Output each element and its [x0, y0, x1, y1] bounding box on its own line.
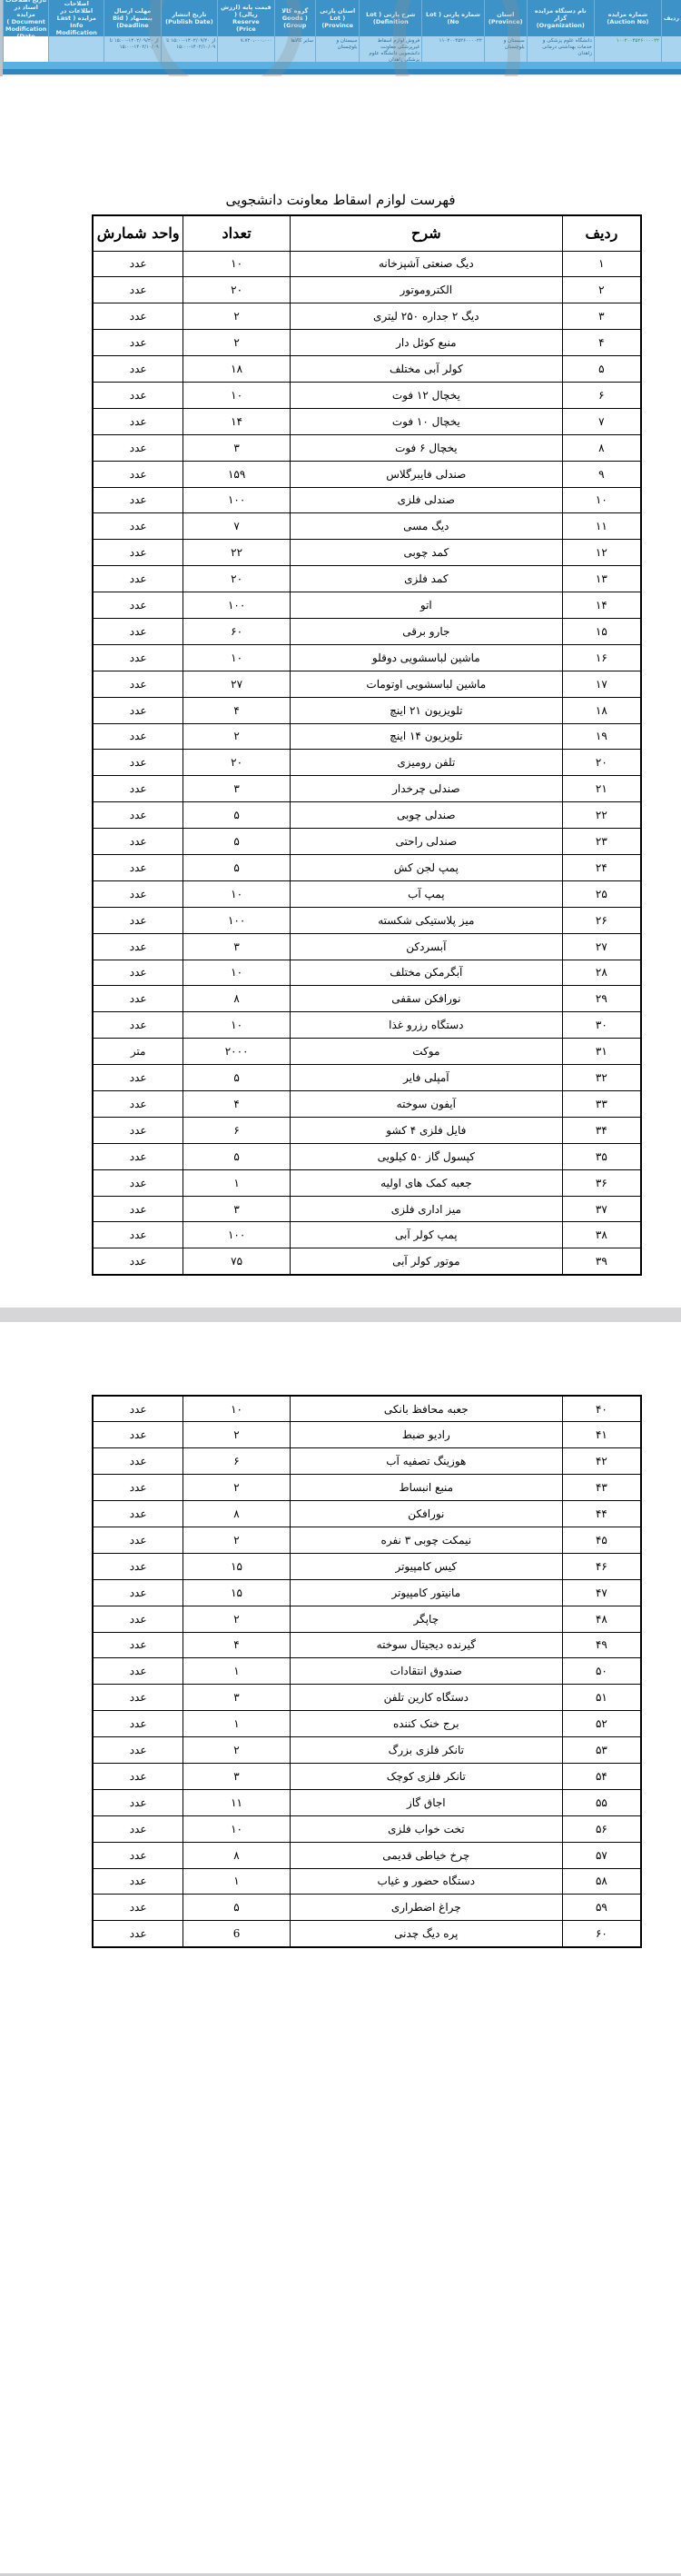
table-row: ۴۴نورافکن۸عدد — [93, 1501, 641, 1527]
cell-description: جعبه محافظ بانکی — [290, 1396, 562, 1422]
cell-description: رادیو ضبط — [290, 1422, 562, 1448]
table-row: ۳۴فایل فلزی ۴ کشو۶عدد — [93, 1117, 641, 1143]
cell-description: آبسردکن — [290, 933, 562, 960]
cell-unit: عدد — [93, 1196, 183, 1222]
cell-unit: عدد — [93, 723, 183, 750]
cell-quantity: ۷۵ — [183, 1248, 291, 1275]
cell-description: تانکر فلزی بزرگ — [290, 1737, 562, 1764]
cell-quantity: ۱۰ — [183, 1815, 291, 1842]
table-row: ۲۵پمپ آب۱۰عدد — [93, 880, 641, 907]
cell-unit: عدد — [93, 618, 183, 644]
cell-index: ۹ — [562, 461, 641, 487]
banner-cell-value: از ۱۴۰۲/۰۹/۲۰-۱۵:۰۰ تا ۱۴۰۲/۱۰/۰۹-۱۵:۰۰ — [104, 36, 160, 64]
cell-index: ۵۱ — [562, 1685, 641, 1711]
cell-quantity: ۱۵ — [183, 1579, 291, 1606]
cell-index: ۴۳ — [562, 1475, 641, 1501]
cell-index: ۲۵ — [562, 880, 641, 907]
cell-unit: عدد — [93, 1448, 183, 1475]
cell-unit: عدد — [93, 1606, 183, 1632]
banner-header-en: (No — [448, 18, 459, 25]
banner-column: تاریخ آخرین اصلاحات اطلاعات در مزایده ( … — [48, 0, 104, 64]
table-row: ۱۸تلویزیون ۲۱ اینچ۴عدد — [93, 697, 641, 723]
banner-column: ردیف — [661, 0, 681, 64]
banner-header-en: Goods ) (Group — [277, 15, 313, 29]
banner-header-fa: نام دستگاه مزایده گزار — [529, 7, 592, 22]
cell-index: ۴۵ — [562, 1527, 641, 1553]
cell-description: دستگاه رزرو غذا — [290, 1012, 562, 1039]
table-row: ۵۰صندوق انتقادات۱عدد — [93, 1658, 641, 1685]
cell-unit: عدد — [93, 933, 183, 960]
cell-unit: عدد — [93, 356, 183, 383]
cell-quantity: ۵ — [183, 1143, 291, 1169]
cell-quantity: ۸ — [183, 1842, 291, 1868]
cell-index: ۳۴ — [562, 1117, 641, 1143]
table-row: ۳۰دستگاه رزرو غذا۱۰عدد — [93, 1012, 641, 1039]
banner-column: شرح پارتی ( Lot(Definitionفروش لوازم اسق… — [359, 0, 421, 64]
table-row: ۳۵کپسول گاز ۵۰ کیلویی۵عدد — [93, 1143, 641, 1169]
banner-cell-value: سایر کالاها — [275, 36, 315, 64]
cell-quantity: 6 — [183, 1921, 291, 1947]
cell-index: ۳۱ — [562, 1039, 641, 1065]
table-row: ۳۹موتور کولر آبی۷۵عدد — [93, 1248, 641, 1275]
banner-cell-value: فروش لوازم اسقاط غیرپزشکی معاونت دانشجوی… — [360, 36, 421, 64]
table-row: ۳۳آیفون سوخته۴عدد — [93, 1091, 641, 1118]
cell-description: صندلی چوبی — [290, 802, 562, 829]
banner-cell-value: ۷،۷۲۰،۰۰۰،۰۰۰ — [218, 36, 273, 64]
cell-unit: عدد — [93, 540, 183, 566]
cell-unit: عدد — [93, 644, 183, 671]
table-row: ۵۶تخت خواب فلزی۱۰عدد — [93, 1815, 641, 1842]
cell-quantity: ۲ — [183, 1737, 291, 1764]
cell-quantity: ۱۰ — [183, 251, 291, 277]
cell-unit: عدد — [93, 960, 183, 986]
cell-index: ۱۳ — [562, 566, 641, 592]
cell-description: یخچال ۱۲ فوت — [290, 382, 562, 408]
cell-index: ۳۶ — [562, 1169, 641, 1196]
cell-quantity: ۶ — [183, 1448, 291, 1475]
table-row: ۲۷آبسردکن۳عدد — [93, 933, 641, 960]
cell-description: جارو برقی — [290, 618, 562, 644]
table-row: ۹صندلی فایبرگلاس۱۵۹عدد — [93, 461, 641, 487]
cell-index: ۳۲ — [562, 1065, 641, 1091]
table-row: ۲۶میز پلاستیکی شکسته۱۰۰عدد — [93, 907, 641, 933]
banner-column-header: شماره مزایده(Auction No) — [595, 0, 661, 36]
cell-unit: عدد — [93, 1143, 183, 1169]
banner-column-header: گروه کالاGoods ) (Group — [275, 0, 315, 36]
cell-unit: عدد — [93, 382, 183, 408]
cell-unit: عدد — [93, 1065, 183, 1091]
document-page-1: فهرست لوازم اسقاط معاونت دانشجویی ردیف ش… — [0, 76, 681, 1308]
cell-index: ۳ — [562, 303, 641, 330]
table-row: ۲۰تلفن رومیزی۲۰عدد — [93, 750, 641, 776]
cell-description: اجاق گاز — [290, 1789, 562, 1815]
cell-index: ۲۲ — [562, 802, 641, 829]
cell-description: کیس کامپیوتر — [290, 1553, 562, 1579]
banner-cell-value: سیستان و بلوچستان — [316, 36, 359, 64]
banner-column: شماره پارتی ( Lot(No۱۱۰۲۰۰۴۵۲۶۰۰۰۰۲۲ — [421, 0, 484, 64]
table-row: ۲الکتروموتور۲۰عدد — [93, 277, 641, 303]
cell-unit: عدد — [93, 1553, 183, 1579]
cell-unit: عدد — [93, 1789, 183, 1815]
cell-description: پمپ آب — [290, 880, 562, 907]
banner-header-en: (Province — [321, 22, 353, 29]
cell-index: ۵۰ — [562, 1658, 641, 1685]
cell-description: برج خنک کننده — [290, 1711, 562, 1737]
cell-quantity: ۴ — [183, 697, 291, 723]
cell-description: منبع کوئل دار — [290, 330, 562, 356]
banner-header-fa: شماره مزایده — [608, 11, 647, 18]
banner-cell-value[interactable]: ۱۰۰۲۰۰۴۵۲۶۰۰۰۰۲۲ — [595, 36, 661, 64]
banner-header-fa: استان — [497, 11, 514, 18]
items-table-page-2: ۴۰جعبه محافظ بانکی۱۰عدد۴۱رادیو ضبط۲عدد۴۲… — [92, 1395, 642, 1948]
cell-index: ۱۶ — [562, 644, 641, 671]
cell-unit: عدد — [93, 1921, 183, 1947]
cell-unit: عدد — [93, 303, 183, 330]
banner-header-fa: شماره پارتی ( Lot — [426, 11, 480, 18]
cell-quantity: ۶۰ — [183, 618, 291, 644]
cell-index: ۵۹ — [562, 1895, 641, 1921]
banner-column-header: تاریخ آخرین اصلاحات اطلاعات در مزایده ( … — [49, 0, 104, 36]
cell-index: ۱۲ — [562, 540, 641, 566]
cell-unit: عدد — [93, 461, 183, 487]
cell-quantity: ۱۰ — [183, 382, 291, 408]
cell-index: ۴۷ — [562, 1579, 641, 1606]
table-row: ۴۳منبع انبساط۲عدد — [93, 1475, 641, 1501]
cell-description: چراغ اضطراری — [290, 1895, 562, 1921]
cell-description: نیمکت چوبی ۳ نفره — [290, 1527, 562, 1553]
cell-description: آبگرمکن مختلف — [290, 960, 562, 986]
cell-unit: عدد — [93, 1711, 183, 1737]
cell-quantity: ۳ — [183, 1763, 291, 1789]
cell-description: هوزینگ تصفیه آب — [290, 1448, 562, 1475]
cell-index: ۳۰ — [562, 1012, 641, 1039]
cell-index: ۴۶ — [562, 1553, 641, 1579]
banner-header-en: (Price — [236, 25, 255, 33]
banner-header-en: (Deadline — [116, 22, 148, 29]
cell-quantity: ۱۰۰ — [183, 487, 291, 513]
cell-description: پره دیگ چدنی — [290, 1921, 562, 1947]
banner-bar — [3, 62, 681, 69]
banner-cell-value — [49, 36, 104, 64]
banner-column-header: استان پارتی ( Lot(Province — [316, 0, 359, 36]
banner-column-header: تاریخ انتشار(Publish Date) — [162, 0, 217, 36]
banner-cell-value — [4, 36, 48, 64]
cell-index: ۵۷ — [562, 1842, 641, 1868]
cell-unit: عدد — [93, 750, 183, 776]
cell-description: دستگاه حضور و غیاب — [290, 1868, 562, 1895]
table-row: ۱۶ماشین لباسشویی دوقلو۱۰عدد — [93, 644, 641, 671]
cell-index: ۵۸ — [562, 1868, 641, 1895]
banner-column: شماره مزایده(Auction No)۱۰۰۲۰۰۴۵۲۶۰۰۰۰۲۲ — [594, 0, 661, 64]
cell-quantity: ۳ — [183, 1685, 291, 1711]
cell-description: دیگ مسی — [290, 513, 562, 540]
cell-quantity: ۱۰۰ — [183, 907, 291, 933]
cell-unit: عدد — [93, 880, 183, 907]
cell-unit: عدد — [93, 434, 183, 461]
cell-description: نورافکن سقفی — [290, 986, 562, 1012]
table-row: ۱۹تلویزیون ۱۴ اینچ۲عدد — [93, 723, 641, 750]
cell-unit: عدد — [93, 1895, 183, 1921]
cell-quantity: ۵ — [183, 829, 291, 855]
banner-header-en: (Publish Date) — [165, 18, 213, 25]
cell-unit: عدد — [93, 1475, 183, 1501]
cell-index: ۳۷ — [562, 1196, 641, 1222]
cell-index: ۵۵ — [562, 1789, 641, 1815]
banner-column: نام دستگاه مزایده گزار(Organization)دانش… — [527, 0, 594, 64]
cell-description: صندلی فلزی — [290, 487, 562, 513]
cell-description: دستگاه کارین تلفن — [290, 1685, 562, 1711]
table-row: ۲۱صندلی چرخدار۳عدد — [93, 776, 641, 802]
auction-banner-table: ردیفشماره مزایده(Auction No)۱۰۰۲۰۰۴۵۲۶۰۰… — [3, 0, 681, 64]
banner-cell-value: از ۱۴۰۲/۰۹/۲۰-۱۵:۰۰ تا ۱۴۰۲/۱۰/۰۹-۱۵:۰۰ — [162, 36, 217, 64]
banner-header-fa: قیمت پایه (ارزش ریالی) ( Reserve — [220, 4, 271, 25]
cell-description: چرخ خیاطی قدیمی — [290, 1842, 562, 1868]
cell-description: دیگ صنعتی آشپزخانه — [290, 251, 562, 277]
table-row: ۳دیگ ۲ جداره ۲۵۰ لیتری۲عدد — [93, 303, 641, 330]
table-row: ۳۷میز اداری فلزی۳عدد — [93, 1196, 641, 1222]
cell-quantity: ۲۰ — [183, 750, 291, 776]
cell-unit: عدد — [93, 671, 183, 697]
banner-bar-dark — [3, 69, 681, 75]
cell-index: ۱۱ — [562, 513, 641, 540]
cell-unit: عدد — [93, 1396, 183, 1422]
cell-index: ۱۴ — [562, 592, 641, 619]
cell-description: موتور کولر آبی — [290, 1248, 562, 1275]
cell-index: ۵۲ — [562, 1711, 641, 1737]
cell-unit: متر — [93, 1039, 183, 1065]
cell-quantity: ۵ — [183, 1895, 291, 1921]
cell-unit: عدد — [93, 1117, 183, 1143]
table-row: ۱۲کمد چوبی۲۲عدد — [93, 540, 641, 566]
table-row: ۴۲هوزینگ تصفیه آب۶عدد — [93, 1448, 641, 1475]
cell-description: فایل فلزی ۴ کشو — [290, 1117, 562, 1143]
cell-description: پمپ لجن کش — [290, 854, 562, 880]
banner-cell-value: سیستان و بلوچستان — [485, 36, 527, 64]
banner-column-header: قیمت پایه (ارزش ریالی) ( Reserve(Price — [218, 0, 273, 36]
banner-column: گروه کالاGoods ) (Groupسایر کالاها — [274, 0, 315, 64]
banner-column-header: شرح پارتی ( Lot(Definition — [360, 0, 421, 36]
cell-quantity: ۸ — [183, 986, 291, 1012]
table-row: ۵۳تانکر فلزی بزرگ۲عدد — [93, 1737, 641, 1764]
cell-index: ۱۷ — [562, 671, 641, 697]
cell-quantity: ۳ — [183, 933, 291, 960]
cell-index: ۴۹ — [562, 1632, 641, 1658]
cell-description: یخچال ۶ فوت — [290, 434, 562, 461]
cell-unit: عدد — [93, 1422, 183, 1448]
cell-description: جعبه کمک های اولیه — [290, 1169, 562, 1196]
cell-index: ۱ — [562, 251, 641, 277]
cell-description: موکت — [290, 1039, 562, 1065]
cell-quantity: ۲ — [183, 723, 291, 750]
table-header-row: ردیف شرح تعداد واحد شمارش — [93, 215, 641, 251]
cell-description: ماشین لباسشویی اوتومات — [290, 671, 562, 697]
cell-quantity: ۴ — [183, 1091, 291, 1118]
cell-description: دیگ ۲ جداره ۲۵۰ لیتری — [290, 303, 562, 330]
banner-column: استان(Province)سیستان و بلوچستان — [484, 0, 527, 64]
cell-quantity: ۲ — [183, 1422, 291, 1448]
cell-description: تلویزیون ۲۱ اینچ — [290, 697, 562, 723]
cell-quantity: ۵ — [183, 802, 291, 829]
cell-unit: عدد — [93, 487, 183, 513]
cell-index: ۲۹ — [562, 986, 641, 1012]
banner-column: مهلت ارسال پیشنهاد ( Bid(Deadlineاز ۱۴۰۲… — [104, 0, 160, 64]
table-row: ۵۱دستگاه کارین تلفن۳عدد — [93, 1685, 641, 1711]
cell-unit: عدد — [93, 1579, 183, 1606]
cell-unit: عدد — [93, 251, 183, 277]
cell-description: کمد چوبی — [290, 540, 562, 566]
cell-quantity: ۱ — [183, 1868, 291, 1895]
cell-index: ۸ — [562, 434, 641, 461]
cell-index: ۴۰ — [562, 1396, 641, 1422]
cell-index: ۲۸ — [562, 960, 641, 986]
cell-unit: عدد — [93, 1527, 183, 1553]
cell-index: ۱۹ — [562, 723, 641, 750]
cell-index: ۱۰ — [562, 487, 641, 513]
items-table-page-1: ردیف شرح تعداد واحد شمارش ۱دیگ صنعتی آشپ… — [92, 214, 642, 1276]
cell-description: پمپ کولر آبی — [290, 1222, 562, 1248]
table-row: ۱۱دیگ مسی۷عدد — [93, 513, 641, 540]
cell-index: ۶۰ — [562, 1921, 641, 1947]
cell-quantity: ۲ — [183, 330, 291, 356]
cell-quantity: ۵ — [183, 854, 291, 880]
table-row: ۱۴اتو۱۰۰عدد — [93, 592, 641, 619]
table-row: ۳۸پمپ کولر آبی۱۰۰عدد — [93, 1222, 641, 1248]
banner-column-header: شماره پارتی ( Lot(No — [422, 0, 484, 36]
table-row: ۴۵نیمکت چوبی ۳ نفره۲عدد — [93, 1527, 641, 1553]
cell-unit: عدد — [93, 330, 183, 356]
cell-quantity: ۱۰ — [183, 960, 291, 986]
banner-header-fa: تاریخ انتشار — [172, 11, 206, 18]
cell-description: الکتروموتور — [290, 277, 562, 303]
cell-index: ۵۳ — [562, 1737, 641, 1764]
cell-quantity: ۲۰ — [183, 566, 291, 592]
cell-quantity: ۱ — [183, 1169, 291, 1196]
cell-quantity: ۲ — [183, 1527, 291, 1553]
cell-index: ۲۰ — [562, 750, 641, 776]
table-row: ۵۹چراغ اضطراری۵عدد — [93, 1895, 641, 1921]
cell-quantity: ۶ — [183, 1117, 291, 1143]
table-row: ۳۱موکت۲۰۰۰متر — [93, 1039, 641, 1065]
cell-description: کپسول گاز ۵۰ کیلویی — [290, 1143, 562, 1169]
table-row: ۲۲صندلی چوبی۵عدد — [93, 802, 641, 829]
table-row: ۱۰صندلی فلزی۱۰۰عدد — [93, 487, 641, 513]
cell-quantity: ۱۰ — [183, 644, 291, 671]
cell-unit: عدد — [93, 1632, 183, 1658]
cell-description: تلفن رومیزی — [290, 750, 562, 776]
cell-unit: عدد — [93, 408, 183, 434]
document-page-2: ۴۰جعبه محافظ بانکی۱۰عدد۴۱رادیو ضبط۲عدد۴۲… — [0, 1322, 681, 2573]
banner-column: قیمت پایه (ارزش ریالی) ( Reserve(Price۷،… — [217, 0, 273, 64]
cell-unit: عدد — [93, 1868, 183, 1895]
cell-quantity: ۱۰۰ — [183, 1222, 291, 1248]
cell-quantity: ۲۲ — [183, 540, 291, 566]
cell-description: اتو — [290, 592, 562, 619]
table-row: ۲۹نورافکن سقفی۸عدد — [93, 986, 641, 1012]
cell-index: ۴۸ — [562, 1606, 641, 1632]
document-title: فهرست لوازم اسقاط معاونت دانشجویی — [0, 192, 681, 208]
banner-header-en: (Organization) — [537, 22, 585, 29]
cell-quantity: ۱۰ — [183, 1012, 291, 1039]
cell-quantity: ۱ — [183, 1711, 291, 1737]
header-index: ردیف — [562, 215, 641, 251]
banner-column-header: نام دستگاه مزایده گزار(Organization) — [528, 0, 594, 36]
cell-index: ۳۳ — [562, 1091, 641, 1118]
cell-index: ۲۱ — [562, 776, 641, 802]
cell-description: تلویزیون ۱۴ اینچ — [290, 723, 562, 750]
cell-unit: عدد — [93, 1501, 183, 1527]
cell-description: تخت خواب فلزی — [290, 1815, 562, 1842]
table-row: ۵۴تانکر فلزی کوچک۳عدد — [93, 1763, 641, 1789]
cell-unit: عدد — [93, 1012, 183, 1039]
banner-header-fa: مهلت ارسال پیشنهاد ( Bid — [106, 7, 158, 22]
cell-description: ماشین لباسشویی دوقلو — [290, 644, 562, 671]
cell-index: ۲۶ — [562, 907, 641, 933]
table-row: ۶یخچال ۱۲ فوت۱۰عدد — [93, 382, 641, 408]
table-row: ۵۸دستگاه حضور و غیاب۱عدد — [93, 1868, 641, 1895]
cell-index: ۱۸ — [562, 697, 641, 723]
cell-quantity: ۱۸ — [183, 356, 291, 383]
table-row: ۳۶جعبه کمک های اولیه۱عدد — [93, 1169, 641, 1196]
banner-column: تاریخ انتشار(Publish Date)از ۱۴۰۲/۰۹/۲۰-… — [161, 0, 217, 64]
table-row: ۵کولر آبی مختلف۱۸عدد — [93, 356, 641, 383]
cell-description: صندوق انتقادات — [290, 1658, 562, 1685]
banner-header-fa: ردیف — [664, 15, 679, 22]
table-row: ۴۸چاپگر۲عدد — [93, 1606, 641, 1632]
cell-description: صندلی راحتی — [290, 829, 562, 855]
table-row: ۱دیگ صنعتی آشپزخانه۱۰عدد — [93, 251, 641, 277]
cell-quantity: ۲۰۰۰ — [183, 1039, 291, 1065]
table-row: ۴۶کیس کامپیوتر۱۵عدد — [93, 1553, 641, 1579]
table-row: ۱۵جارو برقی۶۰عدد — [93, 618, 641, 644]
banner-column-header: استان(Province) — [485, 0, 527, 36]
cell-description: کولر آبی مختلف — [290, 356, 562, 383]
cell-description: کمد فلزی — [290, 566, 562, 592]
cell-unit: عدد — [93, 1815, 183, 1842]
table-row: ۵۲برج خنک کننده۱عدد — [93, 1711, 641, 1737]
cell-quantity: ۳ — [183, 1196, 291, 1222]
cell-index: ۲ — [562, 277, 641, 303]
cell-description: صندلی فایبرگلاس — [290, 461, 562, 487]
cell-index: ۵ — [562, 356, 641, 383]
banner-cell-value: دانشگاه علوم پزشکی و خدمات بهداشتی درمان… — [528, 36, 594, 64]
cell-unit: عدد — [93, 1737, 183, 1764]
header-description: شرح — [290, 215, 562, 251]
cell-index: ۴۱ — [562, 1422, 641, 1448]
cell-unit: عدد — [93, 776, 183, 802]
cell-quantity: ۵ — [183, 1065, 291, 1091]
cell-unit: عدد — [93, 566, 183, 592]
cell-quantity: ۱ — [183, 1658, 291, 1685]
cell-quantity: ۱۵ — [183, 1553, 291, 1579]
banner-header-fa: تاریخ اصلاحات اسناد در مزایده — [5, 0, 46, 18]
cell-quantity: ۳ — [183, 776, 291, 802]
banner-cell-value: ۱۱۰۲۰۰۴۵۲۶۰۰۰۰۲۲ — [422, 36, 484, 64]
banner-column-header: ردیف — [662, 0, 681, 36]
banner-column: تاریخ اصلاحات اسناد در مزایده( Document … — [3, 0, 48, 64]
table-row: ۲۸آبگرمکن مختلف۱۰عدد — [93, 960, 641, 986]
cell-index: ۳۵ — [562, 1143, 641, 1169]
cell-unit: عدد — [93, 907, 183, 933]
banner-column-header: تاریخ اصلاحات اسناد در مزایده( Document … — [4, 0, 48, 36]
cell-unit: عدد — [93, 802, 183, 829]
cell-quantity: ۸ — [183, 1501, 291, 1527]
table-row: ۴۰جعبه محافظ بانکی۱۰عدد — [93, 1396, 641, 1422]
cell-quantity: ۱۰۰ — [183, 592, 291, 619]
cell-quantity: ۷ — [183, 513, 291, 540]
cell-quantity: ۲ — [183, 303, 291, 330]
cell-unit: عدد — [93, 1222, 183, 1248]
cell-description: میز اداری فلزی — [290, 1196, 562, 1222]
